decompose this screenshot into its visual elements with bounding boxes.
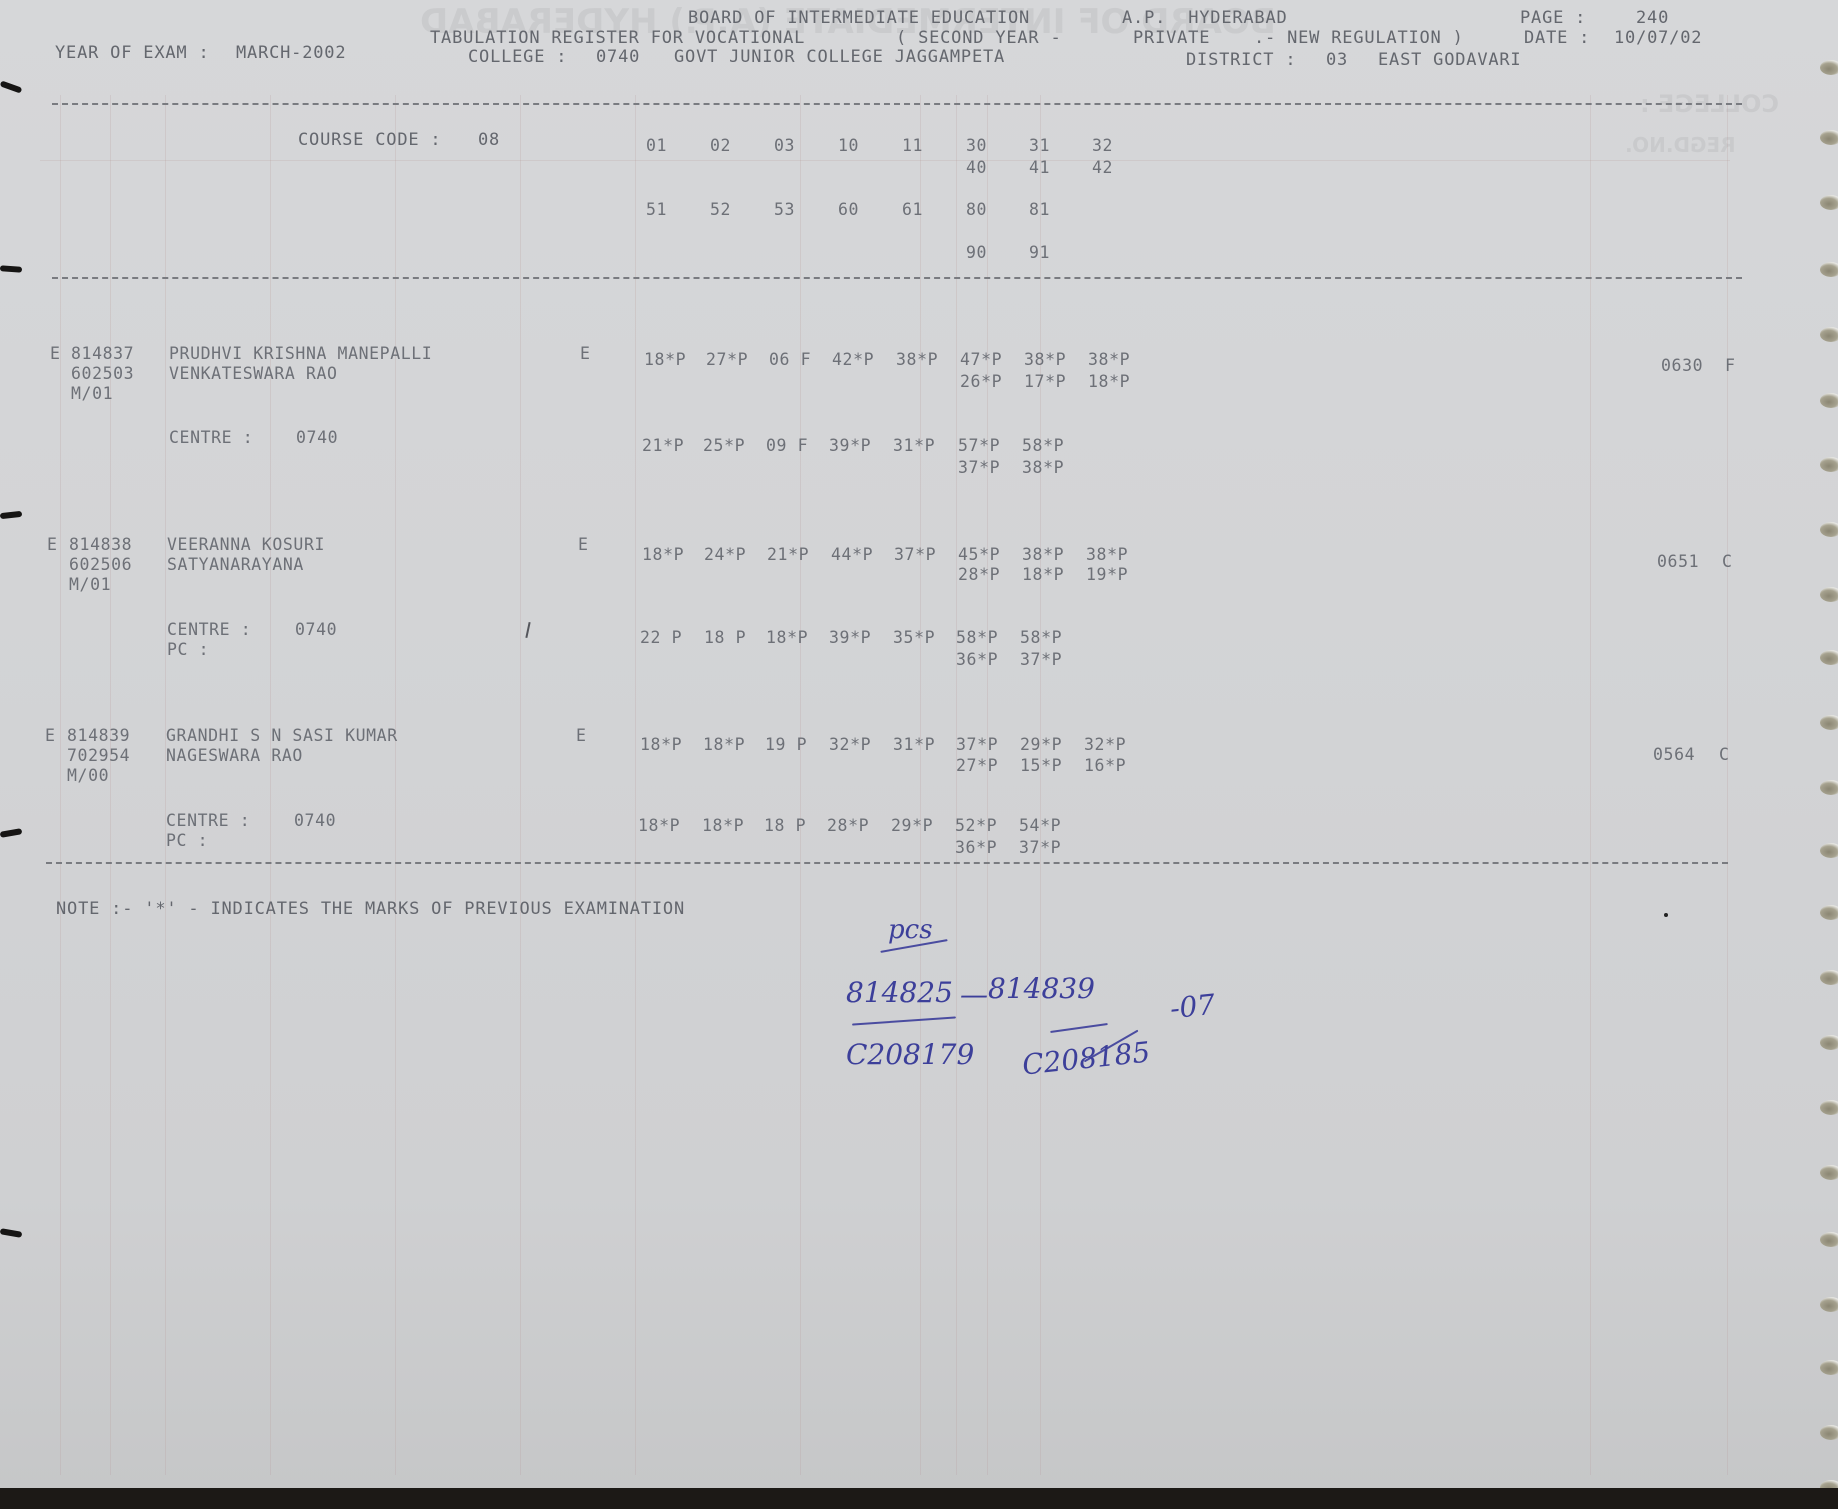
course-code-value: 08 [478,132,500,149]
subject-code: 41 [1029,160,1050,177]
subject-code: 91 [1029,245,1050,262]
college-name: GOVT JUNIOR COLLEGE JAGGAMPETA [674,49,1005,66]
subject-code: 60 [838,202,859,219]
stray-dot [1664,913,1668,917]
subject-code: 61 [902,202,923,219]
mark: 39*P [829,630,871,647]
mark: 37*P [958,460,1000,477]
mark: 18*P [638,818,680,835]
total-marks: 0651 [1657,554,1699,571]
candidate-prefix: E [45,728,56,745]
father-name: NAGESWARA RAO [166,748,303,765]
mark: 58*P [1022,438,1064,455]
candidate-reg-no: 702954 [67,748,130,765]
centre-label: CENTRE : [169,430,253,447]
mark: 09 F [766,438,808,455]
handwritten-range-to: 814839 [988,972,1095,1005]
subject-code: 10 [838,138,859,155]
mark: 28*P [958,567,1000,584]
mark: 24*P [704,547,746,564]
mark: 36*P [955,840,997,857]
mark: 18*P [640,737,682,754]
footer-note: NOTE :- '*' - INDICATES THE MARKS OF PRE… [56,901,685,918]
subject-code: 90 [966,245,987,262]
binding-thread [0,265,22,273]
centre-value: 0740 [295,622,337,639]
binding-thread [0,1228,22,1238]
district-name: EAST GODAVARI [1378,52,1521,69]
mark: 28*P [827,818,869,835]
mark: 57*P [958,438,1000,455]
handwritten-code-from: C208179 [846,1038,974,1071]
binding-thread [0,511,22,519]
mark: 18*P [703,737,745,754]
result-status: C [1722,554,1733,571]
medium: E [576,728,587,745]
mark: 19*P [1086,567,1128,584]
year-of-exam-value: MARCH-2002 [236,45,346,62]
year-of-exam-label: YEAR OF EXAM : [55,45,210,62]
subject-code: 40 [966,160,987,177]
candidate-name: PRUDHVI KRISHNA MANEPALLI [169,346,432,363]
mark: 25*P [703,438,745,455]
page-number: 240 [1636,10,1669,27]
mark: 37*P [1020,652,1062,669]
board-location: A.P. HYDERABAD [1122,10,1288,27]
mark: 27*P [956,758,998,775]
mark: 27*P [706,352,748,369]
handwritten-count: -07 [1168,988,1216,1026]
mark: 38*P [1086,547,1128,564]
mark: 38*P [1088,352,1130,369]
ghost-print-regd: REGD.NO. [1625,133,1736,157]
binding-thread [0,828,22,838]
mark: 58*P [1020,630,1062,647]
candidate-prefix: E [47,537,58,554]
total-marks: 0630 [1661,358,1703,375]
candidate-reg-no: 602506 [69,557,132,574]
subject-code: 81 [1029,202,1050,219]
subject-code: 01 [646,138,667,155]
mark: 31*P [893,737,935,754]
mark: 37*P [956,737,998,754]
mark: 38*P [1024,352,1066,369]
mark: 06 F [769,352,811,369]
mark: 54*P [1019,818,1061,835]
mark: 32*P [829,737,871,754]
subject-code: 42 [1092,160,1113,177]
mark: 31*P [893,438,935,455]
candidate-code: M/01 [69,577,111,594]
binding-thread [0,80,22,93]
mark: 16*P [1084,758,1126,775]
mark: 38*P [1022,547,1064,564]
mark: 15*P [1020,758,1062,775]
handwritten-dash: — [960,978,988,1011]
mark: 45*P [958,547,1000,564]
candidate-reg-no: 602503 [71,366,134,383]
mark: 39*P [829,438,871,455]
register-type: PRIVATE [1133,30,1210,47]
mark: 18 P [764,818,806,835]
mark: 58*P [956,630,998,647]
subject-code: 30 [966,138,987,155]
mark: 44*P [831,547,873,564]
subject-code: 31 [1029,138,1050,155]
medium: E [580,346,591,363]
mark: 36*P [956,652,998,669]
centre-value: 0740 [294,813,336,830]
handwritten-range-from: 814825 [846,976,953,1009]
mark: 21*P [767,547,809,564]
pc-label: PC : [167,642,209,659]
centre-value: 0740 [296,430,338,447]
pen-tick-mark [525,622,530,638]
header-divider [52,103,1742,105]
mark: 37*P [894,547,936,564]
total-marks: 0564 [1653,747,1695,764]
register-year: ( SECOND YEAR - [896,30,1062,47]
mark: 18*P [702,818,744,835]
result-status: F [1725,358,1736,375]
date-value: 10/07/02 [1614,30,1702,47]
mark: 42*P [832,352,874,369]
mark: 18*P [1088,374,1130,391]
district-label: DISTRICT : [1186,52,1296,69]
college-code: 0740 [596,49,640,66]
mark: 35*P [893,630,935,647]
subject-code: 03 [774,138,795,155]
subject-code: 53 [774,202,795,219]
background-surface [0,1488,1838,1509]
board-title: BOARD OF INTERMEDIATE EDUCATION [688,10,1030,27]
mark: 26*P [960,374,1002,391]
candidate-name: VEERANNA KOSURI [167,537,325,554]
course-code-label: COURSE CODE : [298,132,441,149]
result-status: C [1719,747,1730,764]
mark: 47*P [960,352,1002,369]
candidate-roll-no: 814837 [71,346,134,363]
register-regulation: .- NEW REGULATION ) [1254,30,1464,47]
register-title: TABULATION REGISTER FOR VOCATIONAL [430,30,805,47]
centre-label: CENTRE : [167,622,251,639]
register-page: BOARD OF INTERMEDIATE (A.P.) HYDERABAD C… [0,0,1838,1490]
subject-code: 32 [1092,138,1113,155]
mark: 18 P [704,630,746,647]
mark: 32*P [1084,737,1126,754]
mark: 29*P [891,818,933,835]
pc-label: PC : [166,833,208,850]
subject-code: 51 [646,202,667,219]
candidate-code: M/01 [71,386,113,403]
mark: 17*P [1024,374,1066,391]
mark: 18*P [642,547,684,564]
college-label: COLLEGE : [468,49,567,66]
mark: 18*P [766,630,808,647]
subject-code: 52 [710,202,731,219]
mark: 29*P [1020,737,1062,754]
handwritten-label: pcs [888,915,933,945]
candidate-name: GRANDHI S N SASI KUMAR [166,728,398,745]
mark: 18*P [1022,567,1064,584]
mark: 22 P [640,630,682,647]
subject-code: 80 [966,202,987,219]
candidate-roll-no: 814839 [67,728,130,745]
mark: 52*P [955,818,997,835]
medium: E [578,537,589,554]
mark: 37*P [1019,840,1061,857]
district-code: 03 [1326,52,1348,69]
records-divider [46,862,1728,864]
page-label: PAGE : [1520,10,1586,27]
candidate-roll-no: 814838 [69,537,132,554]
centre-label: CENTRE : [166,813,250,830]
mark: 19 P [765,737,807,754]
mark: 38*P [1022,460,1064,477]
subject-code: 11 [902,138,923,155]
candidate-code: M/00 [67,768,109,785]
mark: 21*P [642,438,684,455]
mark: 38*P [896,352,938,369]
course-header-divider [52,277,1742,279]
father-name: VENKATESWARA RAO [169,366,338,383]
father-name: SATYANARAYANA [167,557,304,574]
candidate-prefix: E [50,346,61,363]
subject-code: 02 [710,138,731,155]
date-label: DATE : [1524,30,1590,47]
mark: 18*P [644,352,686,369]
